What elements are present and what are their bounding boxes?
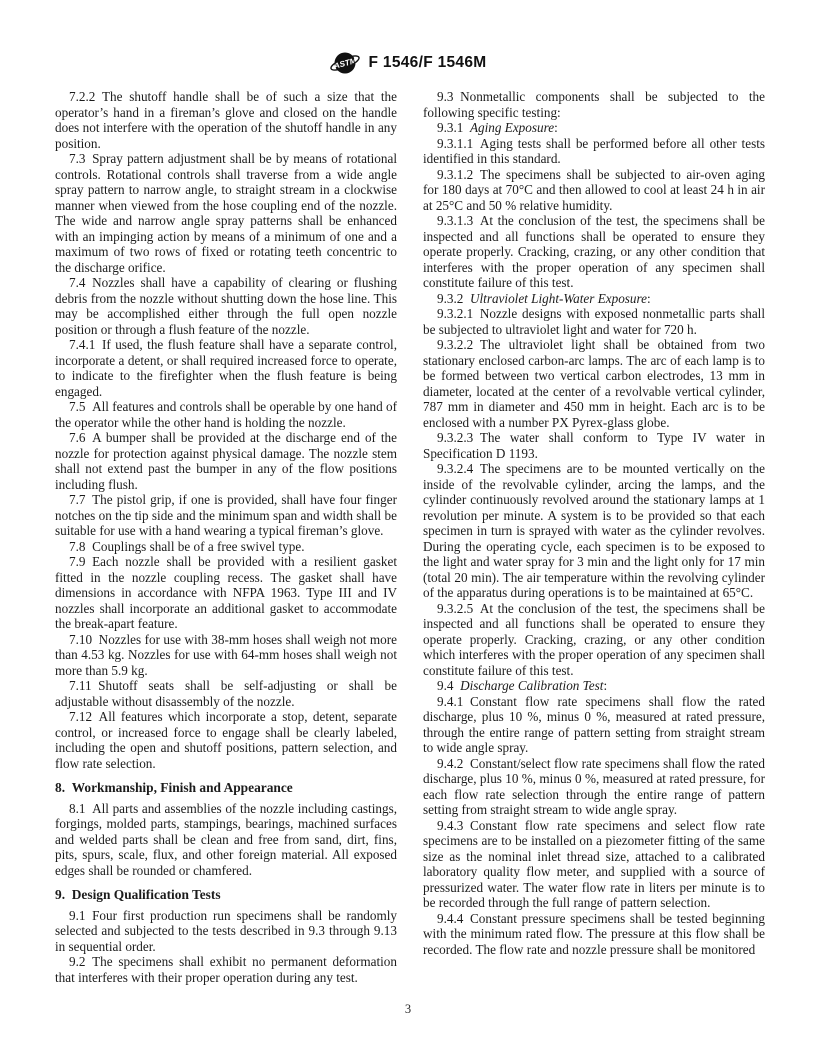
subsection-title: 9.4 Discharge Calibration Test: bbox=[423, 678, 765, 694]
subsection-title: 9.3.1 Aging Exposure: bbox=[423, 120, 765, 136]
document-page: ASTM F 1546/F 1546M 7.2.2 The shutoff ha… bbox=[0, 0, 816, 1056]
paragraph: 9.3.2.5 At the conclusion of the test, t… bbox=[423, 601, 765, 679]
subsection-title: 9.3.2 Ultraviolet Light-Water Exposure: bbox=[423, 291, 765, 307]
paragraph: 9.3.2.2 The ultraviolet light shall be o… bbox=[423, 337, 765, 430]
column-right: 9.3 Nonmetallic components shall be subj… bbox=[423, 89, 765, 985]
paragraph: 7.10 Nozzles for use with 38-mm hoses sh… bbox=[55, 632, 397, 679]
paragraph: 7.2.2 The shutoff handle shall be of suc… bbox=[55, 89, 397, 151]
document-number: F 1546/F 1546M bbox=[369, 54, 487, 72]
paragraph: 7.8 Couplings shall be of a free swivel … bbox=[55, 539, 397, 555]
paragraph: 7.11 Shutoff seats shall be self-adjusti… bbox=[55, 678, 397, 709]
section-heading: 9. Design Qualification Tests bbox=[55, 887, 397, 903]
paragraph: 7.12 All features which incorporate a st… bbox=[55, 709, 397, 771]
paragraph: 9.4.4 Constant pressure specimens shall … bbox=[423, 911, 765, 958]
paragraph: 7.7 The pistol grip, if one is provided,… bbox=[55, 492, 397, 539]
paragraph: 9.3.1.3 At the conclusion of the test, t… bbox=[423, 213, 765, 291]
paragraph: 8.1 All parts and assemblies of the nozz… bbox=[55, 801, 397, 879]
paragraph: 9.2 The specimens shall exhibit no perma… bbox=[55, 954, 397, 985]
paragraph: 9.3.2.3 The water shall conform to Type … bbox=[423, 430, 765, 461]
two-column-body: 7.2.2 The shutoff handle shall be of suc… bbox=[0, 76, 816, 985]
paragraph: 9.4.3 Constant flow rate specimens and s… bbox=[423, 818, 765, 911]
paragraph: 9.3.1.1 Aging tests shall be performed b… bbox=[423, 136, 765, 167]
paragraph: 7.4 Nozzles shall have a capability of c… bbox=[55, 275, 397, 337]
page-number: 3 bbox=[0, 1002, 816, 1017]
paragraph: 7.9 Each nozzle shall be provided with a… bbox=[55, 554, 397, 632]
paragraph: 9.4.1 Constant flow rate specimens shall… bbox=[423, 694, 765, 756]
paragraph: 7.6 A bumper shall be provided at the di… bbox=[55, 430, 397, 492]
column-left: 7.2.2 The shutoff handle shall be of suc… bbox=[55, 89, 397, 985]
paragraph: 7.5 All features and controls shall be o… bbox=[55, 399, 397, 430]
paragraph: 9.3.1.2 The specimens shall be subjected… bbox=[423, 167, 765, 214]
section-heading: 8. Workmanship, Finish and Appearance bbox=[55, 780, 397, 796]
paragraph: 9.3.2.4 The specimens are to be mounted … bbox=[423, 461, 765, 601]
page-header: ASTM F 1546/F 1546M bbox=[0, 0, 816, 76]
astm-logo-icon: ASTM bbox=[330, 50, 362, 76]
paragraph: 9.1 Four first production run specimens … bbox=[55, 908, 397, 955]
paragraph: 9.3 Nonmetallic components shall be subj… bbox=[423, 89, 765, 120]
paragraph: 7.3 Spray pattern adjustment shall be by… bbox=[55, 151, 397, 275]
paragraph: 9.3.2.1 Nozzle designs with exposed nonm… bbox=[423, 306, 765, 337]
paragraph: 9.4.2 Constant/select flow rate specimen… bbox=[423, 756, 765, 818]
paragraph: 7.4.1 If used, the flush feature shall h… bbox=[55, 337, 397, 399]
